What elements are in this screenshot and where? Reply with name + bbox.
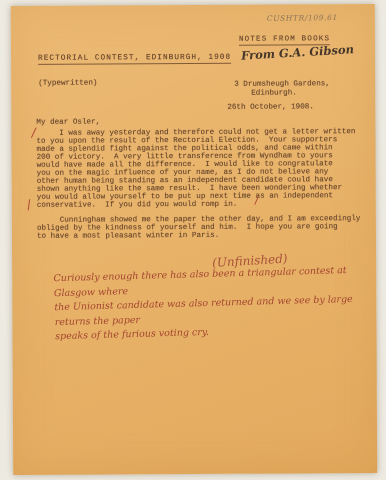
letter-date: 26th October, 1908. (227, 103, 314, 111)
red-margin-mark: / (26, 198, 33, 214)
sender-address-line1: 3 Drumsheugh Gardens, (234, 80, 330, 89)
scanned-letter-page: CUSHTR/109.61 RECTORIAL CONTEST, EDINBUR… (11, 4, 377, 475)
sender-address-line2: Edinburgh. (251, 89, 297, 97)
letter-body-paragraph-2: Cunningham showed me the paper the other… (37, 215, 361, 241)
typewritten-label: (Typewritten) (38, 80, 97, 88)
document-title: RECTORIAL CONTEST, EDINBURGH, 1908 (38, 54, 231, 65)
catalog-number-annotation: CUSHTR/109.61 (267, 13, 338, 23)
salutation: My dear Osler, (36, 118, 100, 126)
letter-body-paragraph-1: I was away yesterday and therefore could… (36, 128, 355, 210)
handwritten-postscript-note: Curiously enough there has also been a t… (53, 264, 361, 345)
